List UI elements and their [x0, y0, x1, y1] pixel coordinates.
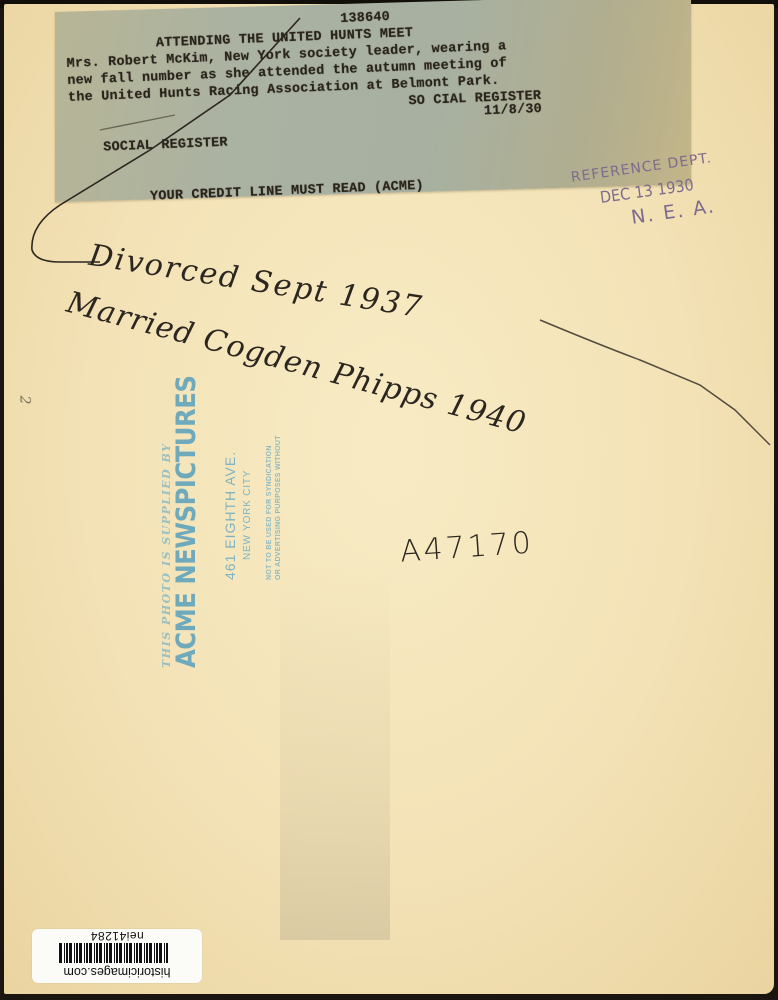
- acme-supplied-by: THIS PHOTO IS SUPPLIED BY: [160, 368, 173, 668]
- caption-date: 11/8/30: [484, 101, 543, 120]
- barcode-label: historicimages.com nei41284: [32, 929, 202, 983]
- paper-stain: [280, 560, 390, 940]
- acme-notice-line-2: OR ADVERTISING PURPOSES WITHOUT: [275, 435, 282, 580]
- label-site: historicimages.com: [32, 965, 202, 979]
- acme-city: NEW YORK CITY: [242, 368, 253, 560]
- acme-address: 461 EIGHTH AVE.: [222, 368, 238, 580]
- acme-name: ACME NEWSPICTURES: [171, 368, 202, 668]
- barcode-icon: [58, 943, 168, 963]
- label-code: nei41284: [32, 929, 202, 943]
- acme-notice-line-1: NOT TO BE USED FOR SYNDICATION: [266, 445, 273, 580]
- margin-mark: 2: [16, 396, 32, 405]
- acme-newspictures-stamp: THIS PHOTO IS SUPPLIED BY ACME NEWSPICTU…: [160, 368, 283, 668]
- acme-notice: NOT TO BE USED FOR SYNDICATION OR ADVERT…: [265, 368, 283, 580]
- caption-tag-left: SOCIAL REGISTER: [103, 136, 228, 156]
